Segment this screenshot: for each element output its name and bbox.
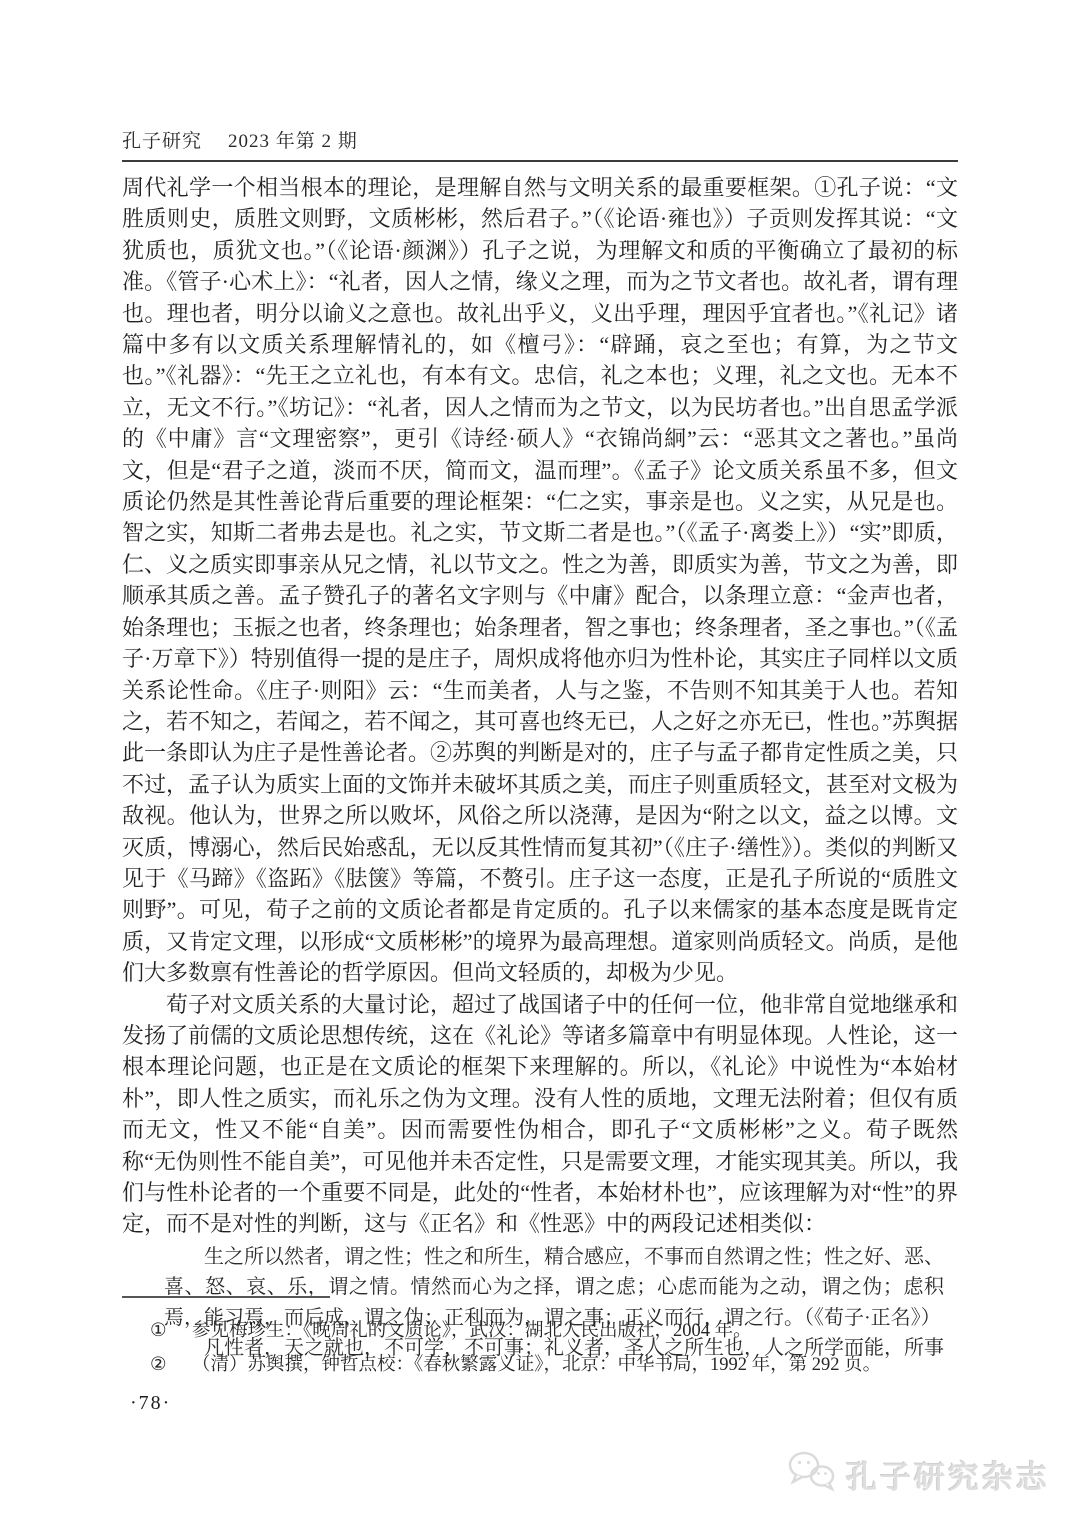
journal-title: 孔子研究 [122, 126, 202, 153]
header-divider [122, 160, 958, 162]
journal-watermark: 孔子研究杂志 [786, 1450, 1050, 1499]
article-body: 周代礼学一个相当根本的理论，是理解自然与文明关系的最重要框架。①孔子说：“文胜质… [122, 172, 958, 1364]
page-number: ·78· [130, 1392, 171, 1415]
footnote-section: ① 参见梅珍生：《晚周礼的文质论》，武汉：湖北人民出版社，2004 年。 ② （… [122, 1296, 958, 1382]
footnote-1-text: 参见梅珍生：《晚周礼的文质论》，武汉：湖北人民出版社，2004 年。 [192, 1314, 958, 1348]
issue-label: 2023 年第 2 期 [228, 126, 358, 153]
journal-page: 孔子研究 2023 年第 2 期 周代礼学一个相当根本的理论，是理解自然与文明关… [0, 0, 1080, 1526]
wechat-logo-icon [786, 1450, 838, 1499]
footnote-2-marker: ② [150, 1348, 192, 1382]
footnote-2: ② （清）苏舆撰，钟哲点校：《春秋繁露义证》，北京：中华书局，1992 年，第 … [122, 1348, 958, 1382]
footnote-2-text: （清）苏舆撰，钟哲点校：《春秋繁露义证》，北京：中华书局，1992 年，第 29… [192, 1348, 958, 1382]
footnote-list: ① 参见梅珍生：《晚周礼的文质论》，武汉：湖北人民出版社，2004 年。 ② （… [122, 1314, 958, 1382]
footnote-divider [122, 1296, 330, 1298]
footnote-1-marker: ① [150, 1314, 192, 1348]
page-header: 孔子研究 2023 年第 2 期 [122, 126, 958, 162]
watermark-text: 孔子研究杂志 [846, 1452, 1050, 1497]
body-paragraph-2: 荀子对文质关系的大量讨论，超过了战国诸子中的任何一位，他非常自觉地继承和发扬了前… [122, 989, 958, 1240]
body-paragraph-1: 周代礼学一个相当根本的理论，是理解自然与文明关系的最重要框架。①孔子说：“文胜质… [122, 172, 958, 989]
running-head: 孔子研究 2023 年第 2 期 [122, 126, 958, 153]
footnote-1: ① 参见梅珍生：《晚周礼的文质论》，武汉：湖北人民出版社，2004 年。 [122, 1314, 958, 1348]
